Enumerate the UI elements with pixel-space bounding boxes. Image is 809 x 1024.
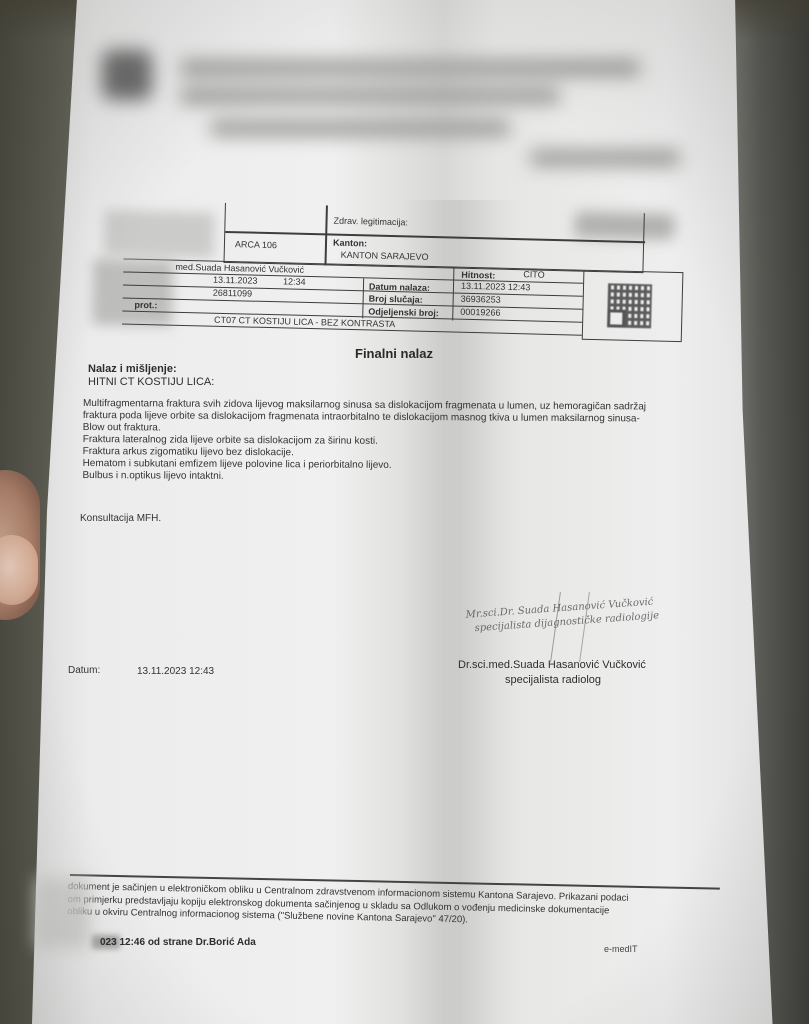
footer-blur <box>35 878 90 948</box>
broj-slucaja-value: 36936253 <box>461 294 501 305</box>
exam-heading: HITNI CT KOSTIJU LICA: <box>88 376 214 388</box>
number-value: 26811099 <box>213 288 253 299</box>
qr-code-box <box>582 270 684 342</box>
odjeljenski-broj-value: 00019266 <box>460 307 500 318</box>
hitnost-value: CITO <box>523 269 545 280</box>
request-date: 13.11.2023 <box>213 275 258 286</box>
odjeljenski-broj-label: Odjeljenski broj: <box>368 306 439 318</box>
thumb <box>0 535 38 605</box>
findings-text: Multifragmentarna fraktura svih zidova l… <box>82 398 723 486</box>
info-main-box: med.Suada Hasanović Vučković Hitnost: CI… <box>122 258 583 335</box>
datum-nalaza-value: 13.11.2023 12:43 <box>461 281 531 293</box>
broj-slucaja-label: Broj slučaja: <box>369 293 423 304</box>
doctor-title: specijalista radiolog <box>505 674 601 686</box>
procedure-value: CT07 CT KOSTIJU LICA - BEZ KONTRASTA <box>214 315 395 329</box>
doctor-value: med.Suada Hasanović Vučković <box>175 262 304 275</box>
request-time: 12:34 <box>283 276 306 287</box>
blurred-letterhead <box>90 40 700 190</box>
prot-label: prot.: <box>134 300 157 311</box>
kanton-value: KANTON SARAJEVO <box>341 250 429 262</box>
system-name: e-medIT <box>604 944 638 954</box>
date-value: 13.11.2023 12:43 <box>137 666 214 677</box>
zdrav-legitimacija-label: Zdrav. legitimacija: <box>333 216 408 228</box>
address-value: ARCA 106 <box>235 239 277 250</box>
hitnost-label: Hitnost: <box>461 270 495 281</box>
consultation-note: Konsultacija MFH. <box>80 513 161 524</box>
doctor-name: Dr.sci.med.Suada Hasanović Vučković <box>458 659 646 671</box>
date-label: Datum: <box>68 665 100 676</box>
section-label: Nalaz i mišljenje: <box>88 363 177 375</box>
kanton-label: Kanton: <box>333 238 367 249</box>
redacted-patient-name <box>104 210 215 258</box>
printed-by: 023 12:46 od strane Dr.Borić Ada <box>100 937 256 948</box>
report-title: Finalni nalaz <box>355 346 433 361</box>
institution-logo-icon <box>102 50 152 100</box>
patient-info-table: Zdrav. legitimacija: ARCA 106 Kanton: KA… <box>102 200 695 349</box>
qr-code-icon <box>607 283 652 328</box>
